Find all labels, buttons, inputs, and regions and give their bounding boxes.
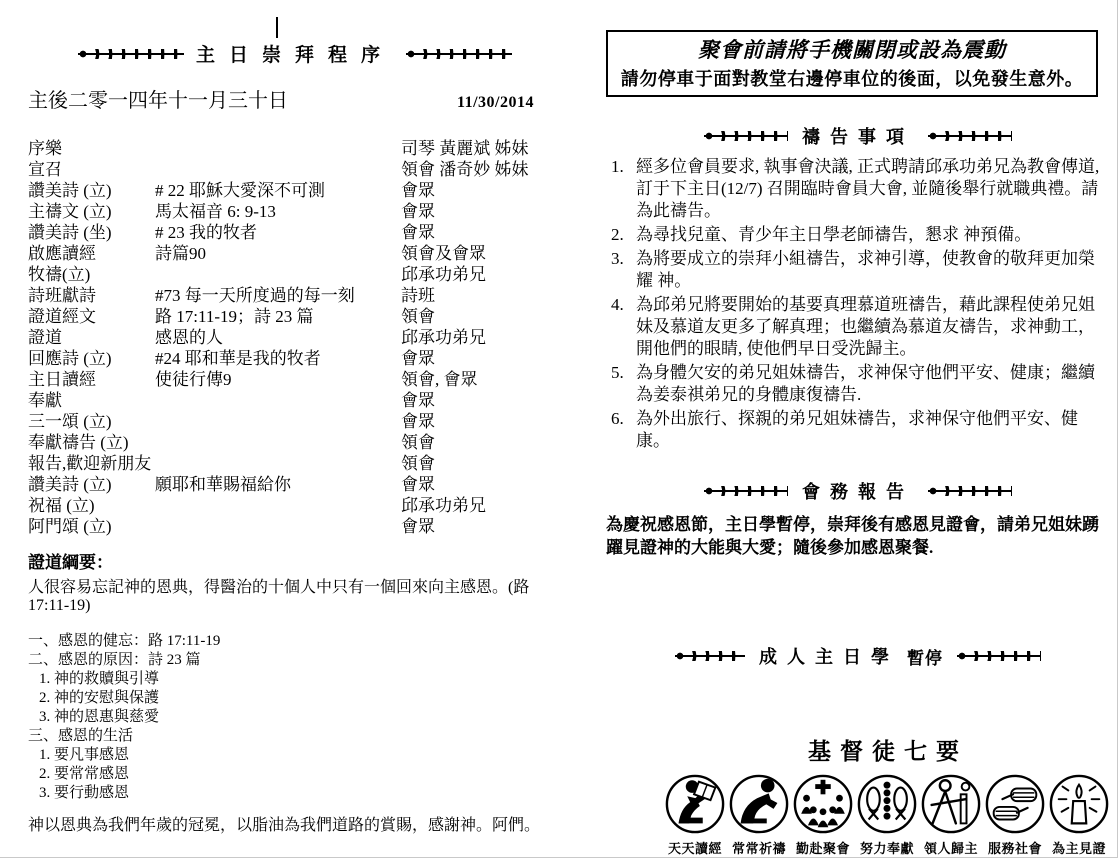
- program-detail: [155, 159, 401, 180]
- reading-bible-icon: [664, 773, 726, 835]
- scroll-ornament-icon: [675, 651, 745, 661]
- prayer-number: 5.: [606, 362, 636, 406]
- program-role: 會眾: [401, 516, 562, 537]
- program-item-label: 讚美詩 (立): [28, 474, 155, 495]
- scroll-ornament-icon: [704, 486, 788, 496]
- program-role: 領會 潘奇妙 姊妹: [401, 159, 562, 180]
- left-column: 主日崇拜程序 主後二零一四年十一月三十日 11/30/2014 序樂司琴 黃麗斌…: [28, 40, 562, 835]
- program-role: 邱承功弟兄: [401, 495, 562, 516]
- sermon-outline: 證道綱要： 人很容易忘記神的恩典，得醫治的十個人中只有一個回來向主感恩。(路 1…: [28, 548, 562, 835]
- program-role: 司琴 黃麗斌 姊妹: [401, 138, 562, 159]
- program-detail: [155, 138, 401, 159]
- table-row: 祝福 (立)邱承功弟兄: [28, 495, 562, 516]
- outline-subpoint: 1. 神的救贖與引導: [28, 670, 562, 689]
- program-role: 詩班: [401, 285, 562, 306]
- program-detail: [155, 432, 401, 453]
- essential-label: 天天讀經: [664, 838, 726, 857]
- program-detail: [155, 411, 401, 432]
- page-title: 主日崇拜程序: [196, 40, 394, 67]
- list-item: 5.為身體欠安的弟兄姐妹禱告，求神保守他們平安、健康；繼續為姜泰祺弟兄的身體康復…: [606, 362, 1110, 406]
- program-detail: 馬太福音 6: 9-13: [155, 201, 401, 222]
- attend-gathering-icon: [792, 773, 854, 835]
- program-item-label: 宣召: [28, 159, 155, 180]
- report-body: 為慶祝感恩節，主日學暫停，崇拜後有感恩見證會，請弟兄姐妹踴躍見證神的大能與大愛；…: [606, 513, 1110, 559]
- table-row: 宣召領會 潘奇妙 姊妹: [28, 159, 562, 180]
- table-row: 證道感恩的人邱承功弟兄: [28, 327, 562, 348]
- program-role: 會眾: [401, 390, 562, 411]
- date-row: 主後二零一四年十一月三十日 11/30/2014: [28, 84, 562, 113]
- program-item-label: 主日讀經: [28, 369, 155, 390]
- program-item-label: 序樂: [28, 138, 155, 159]
- program-detail: 路 17:11-19；詩 23 篇: [155, 306, 401, 327]
- prayer-text: 為身體欠安的弟兄姐妹禱告，求神保守他們平安、健康；繼續為姜泰祺弟兄的身體康復禱告…: [636, 362, 1110, 406]
- essential-label: 勤赴聚會: [792, 838, 854, 857]
- crop-mark: [276, 17, 278, 38]
- essential-label: 服務社會: [984, 838, 1046, 857]
- program-role: 會眾: [401, 348, 562, 369]
- program-role: 會眾: [401, 201, 562, 222]
- witness-candle-icon: [1048, 773, 1110, 835]
- table-row: 阿門頌 (立)會眾: [28, 516, 562, 537]
- program-item-label: 報告,歡迎新朋友: [28, 453, 155, 474]
- essential-label: 為主見證: [1048, 838, 1110, 857]
- program-item-label: 祝福 (立): [28, 495, 155, 516]
- sermon-summary: 人很容易忘記神的恩典，得醫治的十個人中只有一個回來向主感恩。(路 17:11-1…: [28, 574, 562, 615]
- program-item-label: 回應詩 (立): [28, 348, 155, 369]
- table-row: 讚美詩 (立)# 22 耶穌大愛深不可測會眾: [28, 180, 562, 201]
- scroll-ornament-icon: [78, 49, 184, 59]
- table-row: 三一頌 (立)會眾: [28, 411, 562, 432]
- program-detail: #73 每一天所度過的每一刻: [155, 285, 401, 306]
- program-detail: #24 耶和華是我的牧者: [155, 348, 401, 369]
- adult-sunday-school-heading: 成人主日學: [759, 643, 899, 669]
- essential-label: 領人歸主: [920, 838, 982, 857]
- program-role: 會眾: [401, 180, 562, 201]
- program-item-label: 讚美詩 (坐): [28, 222, 155, 243]
- outline-subpoint: 1. 要凡事感恩: [28, 746, 562, 765]
- essential-cell: 努力奉獻: [856, 773, 918, 857]
- table-row: 啟應讀經詩篇90領會及會眾: [28, 243, 562, 264]
- program-item-label: 主禱文 (立): [28, 201, 155, 222]
- essential-cell: 勤赴聚會: [792, 773, 854, 857]
- table-row: 報告,歡迎新朋友領會: [28, 453, 562, 474]
- sermon-outline-heading: 證道綱要：: [28, 548, 562, 573]
- program-role: 邱承功弟兄: [401, 327, 562, 348]
- bulletin-page: 主日崇拜程序 主後二零一四年十一月三十日 11/30/2014 序樂司琴 黃麗斌…: [0, 0, 1118, 858]
- program-detail: 感恩的人: [155, 327, 401, 348]
- prayer-number: 4.: [606, 294, 636, 360]
- program-role: 領會, 會眾: [401, 369, 562, 390]
- prayer-heading: 禱告事項: [802, 123, 914, 149]
- prayer-text: 為將要成立的崇拜小組禱告，求神引導，使教會的敬拜更加榮耀 神。: [636, 248, 1110, 292]
- prayer-number: 2.: [606, 224, 636, 246]
- scroll-ornament-icon: [928, 131, 1012, 141]
- suspended-label: 暫停: [907, 644, 943, 669]
- prayer-number: 1.: [606, 156, 636, 222]
- program-role: 邱承功弟兄: [401, 264, 562, 285]
- notice-parking-line: 請勿停車于面對教堂右邊停車位的後面，以免發生意外。: [612, 65, 1092, 91]
- prayer-section-header: 禱告事項: [606, 123, 1110, 149]
- scroll-ornament-icon: [957, 651, 1041, 661]
- seven-essentials-title: 基督徒七要: [664, 733, 1112, 766]
- worship-date-numeric: 11/30/2014: [457, 94, 534, 112]
- program-role: 會眾: [401, 411, 562, 432]
- list-item: 2.為尋找兒童、青少年主日學老師禱告，懇求 神預備。: [606, 224, 1110, 246]
- table-row: 讚美詩 (立)願耶和華賜福給你會眾: [28, 474, 562, 495]
- program-detail: [155, 453, 401, 474]
- serve-society-icon: [984, 773, 1046, 835]
- program-detail: [155, 264, 401, 285]
- program-detail: [155, 390, 401, 411]
- program-item-label: 奉獻: [28, 390, 155, 411]
- essential-label: 常常祈禱: [728, 838, 790, 857]
- prayer-text: 為邱弟兄將要開始的基要真理慕道班禱告，藉此課程使弟兄姐妹及慕道友更多了解真理；也…: [636, 294, 1110, 360]
- list-item: 1.經多位會員要求, 執事會決議, 正式聘請邱承功弟兄為教會傳道, 訂于下主日(…: [606, 156, 1110, 222]
- worship-order-header: 主日崇拜程序: [28, 40, 562, 67]
- table-row: 主禱文 (立)馬太福音 6: 9-13會眾: [28, 201, 562, 222]
- program-item-label: 讚美詩 (立): [28, 180, 155, 201]
- lead-to-christ-icon: [920, 773, 982, 835]
- program-item-label: 阿門頌 (立): [28, 516, 155, 537]
- program-item-label: 奉獻禱告 (立): [28, 432, 155, 453]
- scroll-ornament-icon: [406, 49, 512, 59]
- prayer-text: 為尋找兒童、青少年主日學老師禱告，懇求 神預備。: [636, 224, 1110, 246]
- program-role: 領會: [401, 306, 562, 327]
- right-column: 聚會前請將手機關閉或設為震動 請勿停車于面對教堂右邊停車位的後面，以免發生意外。…: [606, 30, 1110, 857]
- prayer-number: 6.: [606, 408, 636, 452]
- outline-point: 二、感恩的原因：詩 23 篇: [28, 651, 562, 670]
- table-row: 回應詩 (立)#24 耶和華是我的牧者會眾: [28, 348, 562, 369]
- scroll-ornament-icon: [704, 131, 788, 141]
- report-section-header: 會務報告: [606, 478, 1110, 504]
- essential-cell: 為主見證: [1048, 773, 1110, 857]
- outline-subpoint: 3. 神的恩惠與慈愛: [28, 708, 562, 727]
- outline-subpoint: 2. 神的安慰與保護: [28, 689, 562, 708]
- program-role: 會眾: [401, 222, 562, 243]
- essential-cell: 服務社會: [984, 773, 1046, 857]
- offering-icon: [856, 773, 918, 835]
- seven-essentials-block: 基督徒七要 天天讀經: [664, 733, 1112, 857]
- prayer-text: 為外出旅行、探親的弟兄姐妹禱告，求神保守他們平安、健康。: [636, 408, 1110, 452]
- program-detail: [155, 516, 401, 537]
- table-row: 詩班獻詩#73 每一天所度過的每一刻詩班: [28, 285, 562, 306]
- report-heading: 會務報告: [802, 478, 914, 504]
- program-detail: 使徒行傳9: [155, 369, 401, 390]
- program-item-label: 牧禱(立): [28, 264, 155, 285]
- program-role: 領會及會眾: [401, 243, 562, 264]
- program-item-label: 啟應讀經: [28, 243, 155, 264]
- table-row: 主日讀經使徒行傳9領會, 會眾: [28, 369, 562, 390]
- program-detail: # 22 耶穌大愛深不可測: [155, 180, 401, 201]
- list-item: 4.為邱弟兄將要開始的基要真理慕道班禱告，藉此課程使弟兄姐妹及慕道友更多了解真理…: [606, 294, 1110, 360]
- program-item-label: 證道經文: [28, 306, 155, 327]
- essential-cell: 領人歸主: [920, 773, 982, 857]
- prayer-text: 經多位會員要求, 執事會決議, 正式聘請邱承功弟兄為教會傳道, 訂于下主日(12…: [636, 156, 1110, 222]
- table-row: 證道經文路 17:11-19；詩 23 篇領會: [28, 306, 562, 327]
- sermon-outline-points: 一、感恩的健忘：路 17:11-19 二、感恩的原因：詩 23 篇 1. 神的救…: [28, 632, 562, 803]
- list-item: 3.為將要成立的崇拜小組禱告，求神引導，使教會的敬拜更加榮耀 神。: [606, 248, 1110, 292]
- outline-point: 三、感恩的生活: [28, 727, 562, 746]
- worship-program-table: 序樂司琴 黃麗斌 姊妹 宣召領會 潘奇妙 姊妹 讚美詩 (立)# 22 耶穌大愛…: [28, 138, 562, 537]
- table-row: 讚美詩 (坐)# 23 我的牧者會眾: [28, 222, 562, 243]
- essential-cell: 常常祈禱: [728, 773, 790, 857]
- table-row: 奉獻會眾: [28, 390, 562, 411]
- seven-essentials-icons-row: 天天讀經 常常祈禱: [664, 773, 1112, 857]
- program-item-label: 詩班獻詩: [28, 285, 155, 306]
- program-detail: 願耶和華賜福給你: [155, 474, 401, 495]
- program-role: 領會: [401, 453, 562, 474]
- notice-box: 聚會前請將手機關閉或設為震動 請勿停車于面對教堂右邊停車位的後面，以免發生意外。: [606, 30, 1098, 97]
- outline-subpoint: 2. 要常常感恩: [28, 765, 562, 784]
- table-row: 奉獻禱告 (立)領會: [28, 432, 562, 453]
- scroll-ornament-icon: [928, 486, 1012, 496]
- program-detail: # 23 我的牧者: [155, 222, 401, 243]
- list-item: 6.為外出旅行、探親的弟兄姐妹禱告，求神保守他們平安、健康。: [606, 408, 1110, 452]
- essential-cell: 天天讀經: [664, 773, 726, 857]
- prayer-number: 3.: [606, 248, 636, 292]
- outline-subpoint: 3. 要行動感恩: [28, 784, 562, 803]
- praying-icon: [728, 773, 790, 835]
- program-role: 領會: [401, 432, 562, 453]
- prayer-list: 1.經多位會員要求, 執事會決議, 正式聘請邱承功弟兄為教會傳道, 訂于下主日(…: [606, 156, 1110, 452]
- outline-point: 一、感恩的健忘：路 17:11-19: [28, 632, 562, 651]
- essential-label: 努力奉獻: [856, 838, 918, 857]
- table-row: 牧禱(立)邱承功弟兄: [28, 264, 562, 285]
- worship-date-chinese: 主後二零一四年十一月三十日: [28, 84, 288, 113]
- sermon-closing-line: 神以恩典為我們年歲的冠冕，以脂油為我們道路的賞賜，感謝神。阿們。: [28, 812, 562, 835]
- program-item-label: 三一頌 (立): [28, 411, 155, 432]
- program-detail: 詩篇90: [155, 243, 401, 264]
- program-item-label: 證道: [28, 327, 155, 348]
- notice-phone-line: 聚會前請將手機關閉或設為震動: [612, 34, 1092, 64]
- program-role: 會眾: [401, 474, 562, 495]
- sunday-school-header: 成人主日學 暫停: [606, 643, 1110, 669]
- program-detail: [155, 495, 401, 516]
- table-row: 序樂司琴 黃麗斌 姊妹: [28, 138, 562, 159]
